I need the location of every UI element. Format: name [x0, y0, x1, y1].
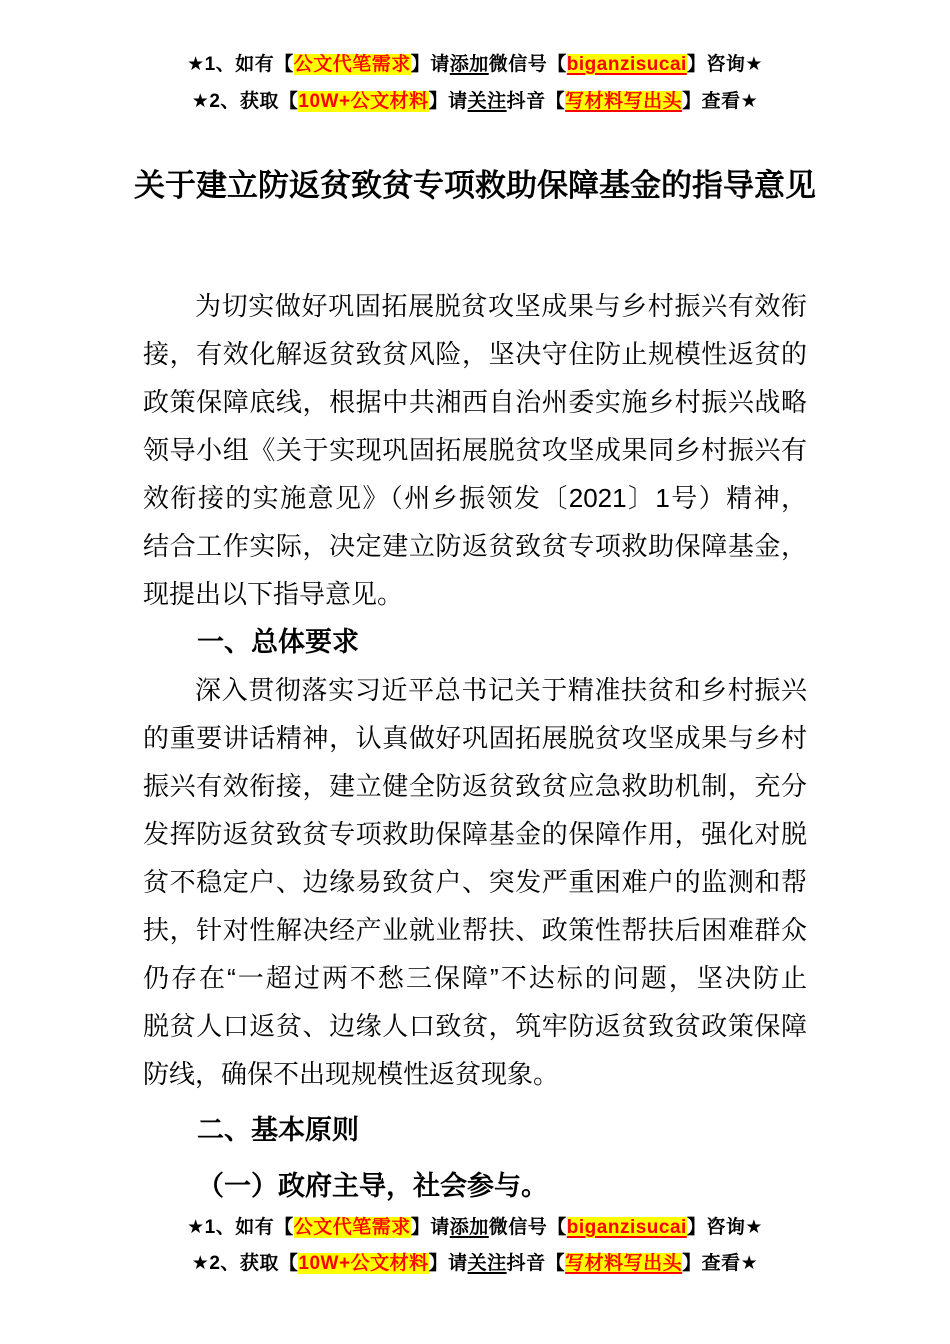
promo-text: 】咨询★ [687, 1217, 763, 1238]
promo-text: 微信号【 [489, 1217, 567, 1238]
body-line: 发挥防返贫致贫专项救助保障基金的保障作用，强化对脱 [143, 810, 807, 858]
promo-text: 抖音【 [507, 1253, 566, 1274]
body-line: 仍存在“一超过两不愁三保障”不达标的问题，坚决防止 [143, 954, 807, 1002]
body-line: 振兴有效衔接，建立健全防返贫致贫应急救助机制，充分 [143, 762, 807, 810]
promo-text: ★1、如有【 [187, 54, 294, 75]
body-line: 政策保障底线，根据中共湘西自治州委实施乡村振兴战略 [143, 378, 807, 426]
promo-text: 添加 [450, 54, 489, 75]
promo-text: ★1、如有【 [187, 1217, 294, 1238]
promo-text: 抖音【 [507, 91, 566, 112]
body-line: 领导小组《关于实现巩固拓展脱贫攻坚成果同乡村振兴有 [143, 426, 807, 474]
promo-text: ★2、获取【 [192, 91, 299, 112]
promo-banner-line: ★2、获取【10W+公文材料】请关注抖音【写材料写出头】查看★ [0, 83, 950, 120]
body-line: 贫不稳定户、边缘易致贫户、突发严重困难户的监测和帮 [143, 858, 807, 906]
body-line: 现提出以下指导意见。 [143, 570, 807, 618]
body-line: 扶，针对性解决经产业就业帮扶、政策性帮扶后困难群众 [143, 906, 807, 954]
body-line: 接，有效化解返贫致贫风险，坚决守住防止规模性返贫的 [143, 330, 807, 378]
promo-text: 微信号【 [489, 54, 567, 75]
document-body: 为切实做好巩固拓展脱贫攻坚成果与乡村振兴有效衔接，有效化解返贫致贫风险，坚决守住… [143, 282, 807, 1210]
body-line: 防线，确保不出现规模性返贫现象。 [143, 1050, 807, 1098]
promo-text: 】查看★ [682, 91, 758, 112]
promo-banner-top: ★1、如有【公文代笔需求】请添加微信号【biganzisucai】咨询★★2、获… [0, 0, 950, 120]
promo-banner-line: ★1、如有【公文代笔需求】请添加微信号【biganzisucai】咨询★ [0, 46, 950, 83]
body-line: 为切实做好巩固拓展脱贫攻坚成果与乡村振兴有效衔 [143, 282, 807, 330]
promo-highlight-phrase: 10W+公文材料 [298, 1253, 428, 1274]
body-line: 的重要讲话精神，认真做好巩固拓展脱贫攻坚成果与乡村 [143, 714, 807, 762]
promo-highlight-phrase: biganzisucai [567, 54, 687, 75]
body-line: 脱贫人口返贫、边缘人口致贫，筑牢防返贫致贫政策保障 [143, 1002, 807, 1050]
body-line: 深入贯彻落实习近平总书记关于精准扶贫和乡村振兴 [143, 666, 807, 714]
promo-text: 添加 [450, 1217, 489, 1238]
promo-highlight-phrase: 写材料写出头 [565, 91, 682, 112]
section-heading: 一、总体要求 [143, 618, 807, 666]
promo-text: 】请 [429, 91, 468, 112]
promo-banner-bottom: ★1、如有【公文代笔需求】请添加微信号【biganzisucai】咨询★★2、获… [0, 1210, 950, 1282]
promo-text: 】请 [411, 1217, 450, 1238]
section-heading: 二、基本原则 [143, 1106, 807, 1154]
body-line: 效衔接的实施意见》（州乡振领发〔2021〕1号）精神， [143, 474, 807, 522]
sub-section-heading: （一）政府主导，社会参与。 [143, 1162, 807, 1210]
body-line: 结合工作实际，决定建立防返贫致贫专项救助保障基金， [143, 522, 807, 570]
promo-highlight-phrase: 写材料写出头 [565, 1253, 682, 1274]
promo-highlight-phrase: 10W+公文材料 [298, 91, 428, 112]
promo-highlight-phrase: biganzisucai [567, 1217, 687, 1238]
promo-text: 】请 [429, 1253, 468, 1274]
promo-text: 关注 [468, 91, 507, 112]
promo-banner-line: ★2、获取【10W+公文材料】请关注抖音【写材料写出头】查看★ [0, 1246, 950, 1282]
promo-text: 】咨询★ [687, 54, 763, 75]
document-title: 关于建立防返贫致贫专项救助保障基金的指导意见 [0, 164, 950, 208]
promo-highlight-phrase: 公文代笔需求 [294, 54, 411, 75]
promo-text: 】请 [411, 54, 450, 75]
promo-text: 关注 [468, 1253, 507, 1274]
promo-text: 】查看★ [682, 1253, 758, 1274]
promo-banner-line: ★1、如有【公文代笔需求】请添加微信号【biganzisucai】咨询★ [0, 1210, 950, 1246]
document-page: ★1、如有【公文代笔需求】请添加微信号【biganzisucai】咨询★★2、获… [0, 0, 950, 1344]
promo-highlight-phrase: 公文代笔需求 [294, 1217, 411, 1238]
promo-text: ★2、获取【 [192, 1253, 299, 1274]
